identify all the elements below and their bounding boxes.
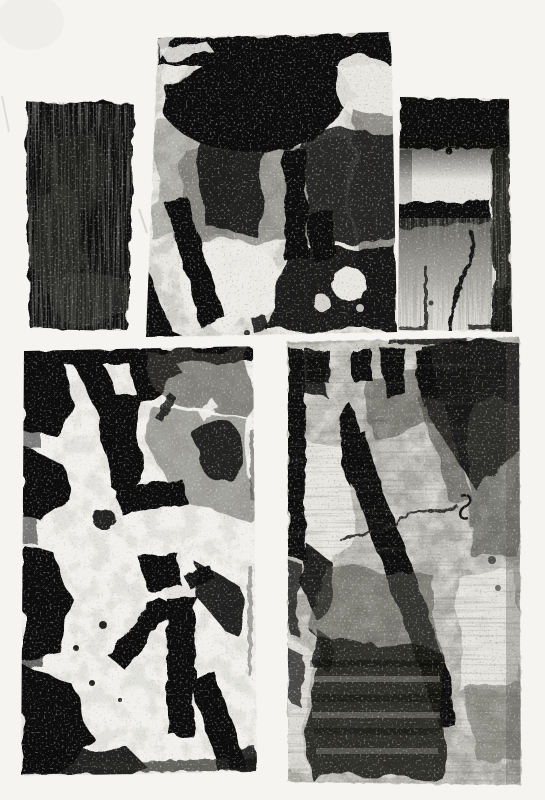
panel-bottom-right-marks <box>288 337 521 785</box>
panel-bottom-right <box>288 337 521 785</box>
white-speckle <box>22 98 138 336</box>
black-speckle <box>146 30 401 340</box>
panel-top-right-marks <box>398 97 514 334</box>
panel-top-left <box>22 98 138 336</box>
panel-bottom-left-marks <box>21 346 257 776</box>
panel-top-right <box>398 97 514 334</box>
panel-top-left-texture <box>22 98 138 336</box>
monoprint-artwork-canvas <box>0 0 545 800</box>
black-speckle <box>21 346 257 776</box>
black-speckle <box>288 337 521 785</box>
panel-top-center-marks <box>145 30 401 340</box>
artwork-photo <box>0 0 545 800</box>
panel-top-center <box>145 30 401 340</box>
black-speckle <box>398 97 512 332</box>
panel-bottom-left <box>21 346 257 776</box>
